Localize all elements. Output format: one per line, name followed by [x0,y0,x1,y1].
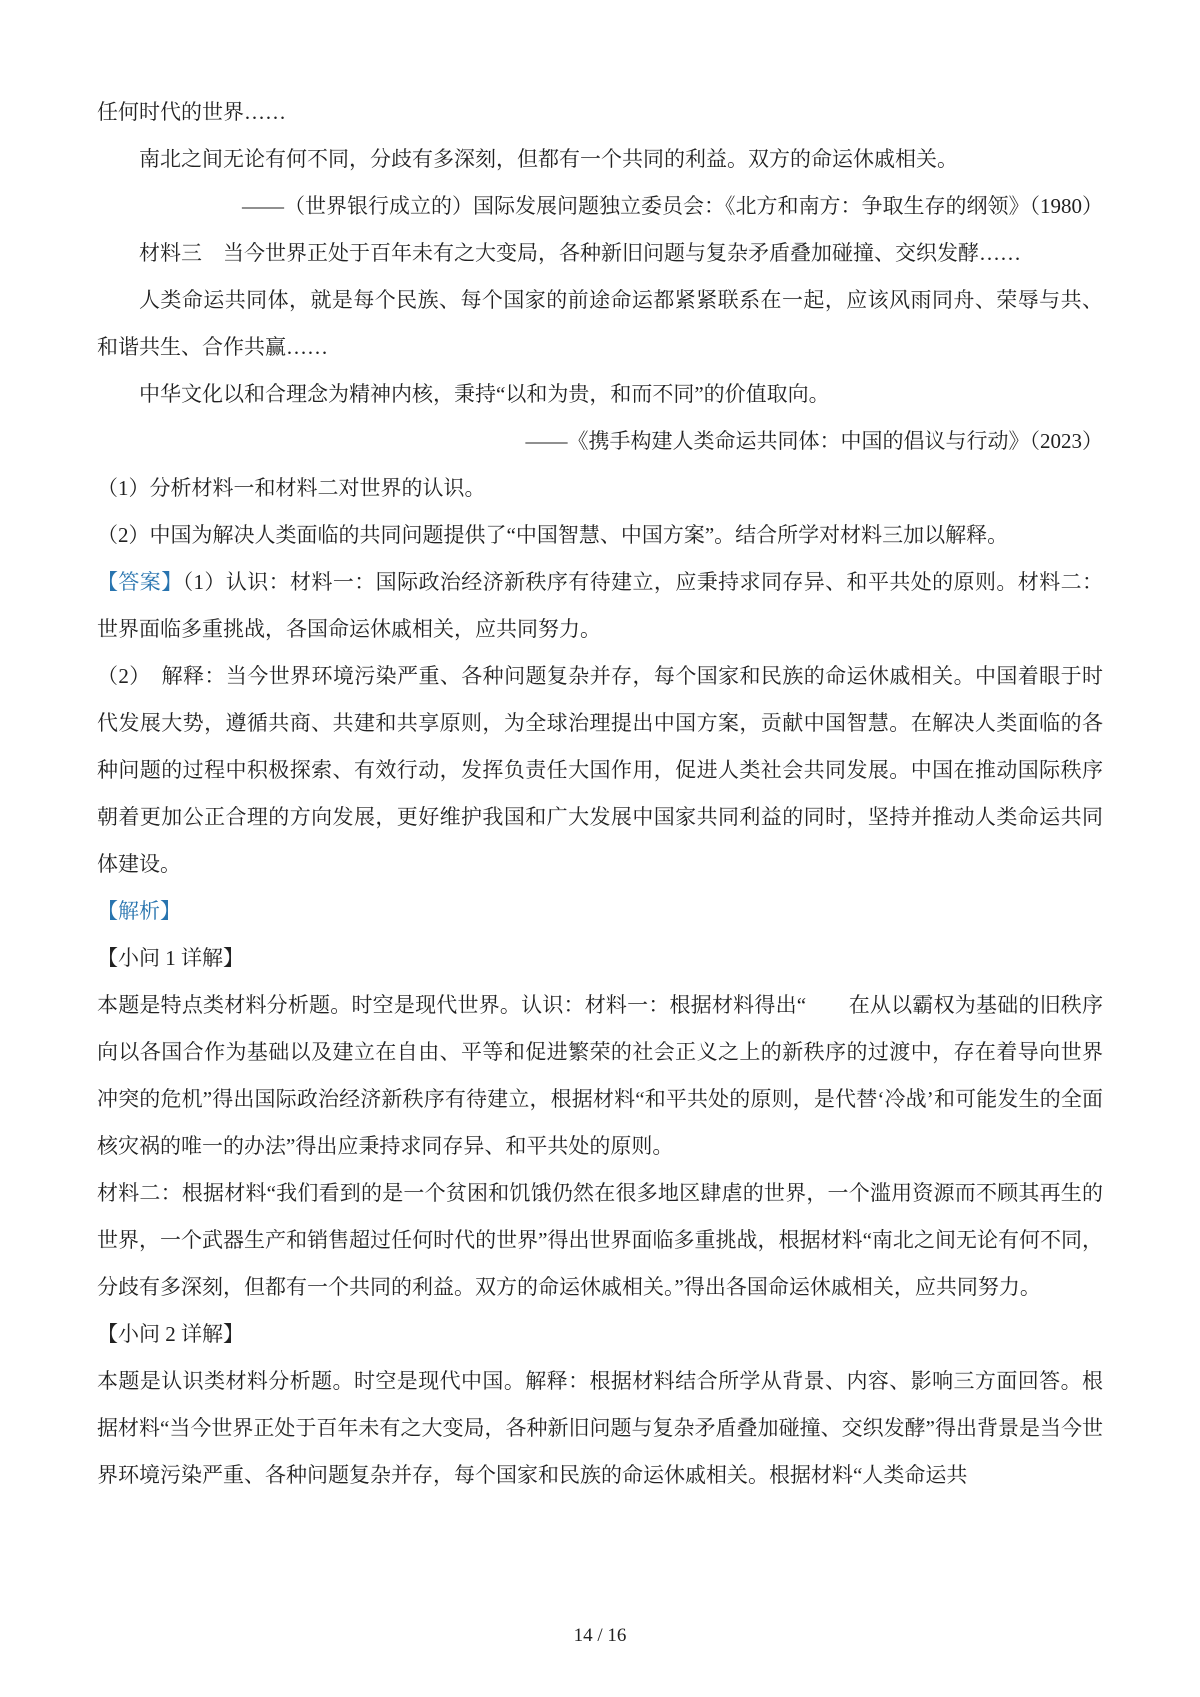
material-continuation-paragraph: 任何时代的世界…… [97,89,1103,136]
answer-label: 【答案】 [97,570,183,594]
answer-part1-text: （1）认识：材料一：国际政治经济新秩序有待建立，应秉持求同存异、和平共处的原则。… [97,570,1103,641]
question-1: （1）分析材料一和材料二对世界的认识。 [97,465,1103,512]
question-2: （2）中国为解决人类面临的共同问题提供了“中国智慧、中国方案”。结合所学对材料三… [97,512,1103,559]
page-number: 14 / 16 [0,1625,1200,1647]
document-page: 任何时代的世界…… 南北之间无论有何不同，分歧有多深刻，但都有一个共同的利益。双… [0,0,1200,1697]
analysis-sub1-paragraph-1: 本题是特点类材料分析题。时空是现代世界。认识：材料一：根据材料得出“ 在从以霸权… [97,982,1103,1170]
answer-paragraph-2: （2） 解释：当今世界环境污染严重、各种问题复杂并存，每个国家和民族的命运休戚相… [97,653,1103,888]
material-paragraph-north-south: 南北之间无论有何不同，分歧有多深刻，但都有一个共同的利益。双方的命运休戚相关。 [97,136,1103,183]
analysis-sub2-heading: 【小问 2 详解】 [97,1311,1103,1358]
material-citation-1: ——（世界银行成立的）国际发展问题独立委员会：《北方和南方：争取生存的纲领》（1… [97,183,1103,230]
material-paragraph-material3: 材料三 当今世界正处于百年未有之大变局，各种新旧问题与复杂矛盾叠加碰撞、交织发酵… [97,230,1103,277]
material-citation-2: ——《携手构建人类命运共同体：中国的倡议与行动》（2023） [97,418,1103,465]
answer-paragraph-1: 【答案】（1）认识：材料一：国际政治经济新秩序有待建立，应秉持求同存异、和平共处… [97,559,1103,653]
material-paragraph-community: 人类命运共同体，就是每个民族、每个国家的前途命运都紧紧联系在一起，应该风雨同舟、… [97,277,1103,371]
material-paragraph-culture: 中华文化以和合理念为精神内核，秉持“以和为贵，和而不同”的价值取向。 [97,371,1103,418]
analysis-label: 【解析】 [97,899,181,923]
document-body: 任何时代的世界…… 南北之间无论有何不同，分歧有多深刻，但都有一个共同的利益。双… [97,89,1103,1499]
analysis-sub1-heading: 【小问 1 详解】 [97,935,1103,982]
analysis-sub1-paragraph-2: 材料二：根据材料“我们看到的是一个贫困和饥饿仍然在很多地区肆虐的世界，一个滥用资… [97,1170,1103,1311]
analysis-label-line: 【解析】 [97,888,1103,935]
analysis-sub2-paragraph-1: 本题是认识类材料分析题。时空是现代中国。解释：根据材料结合所学从背景、内容、影响… [97,1358,1103,1499]
